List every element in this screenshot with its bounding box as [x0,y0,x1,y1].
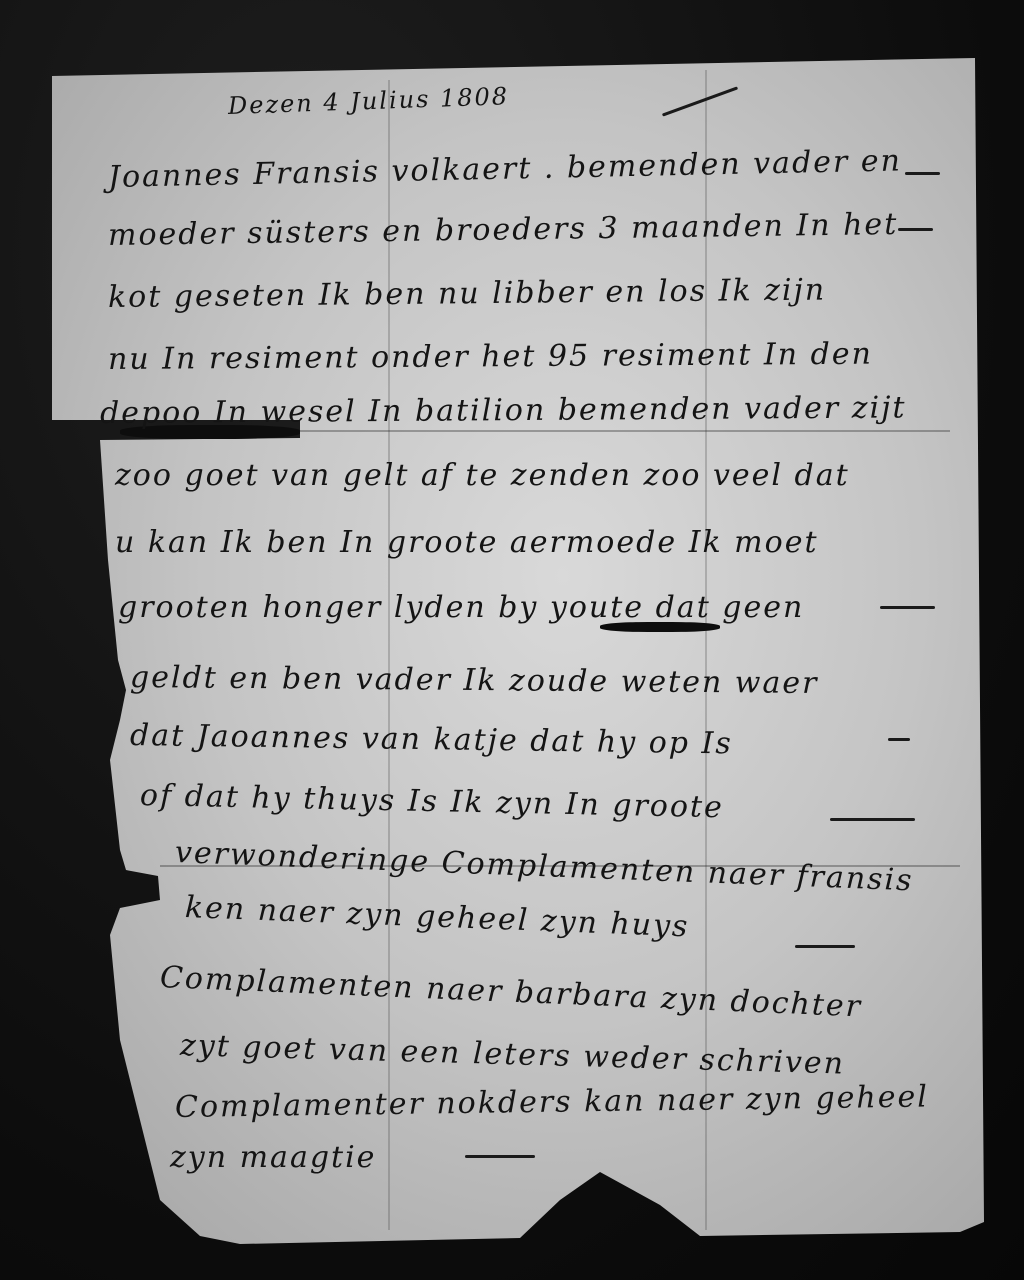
text-line: geldt en ben vader Ik zoude weten waer [130,660,819,701]
text-line: zyn maagtie [170,1140,376,1175]
line-end-dash [795,945,855,948]
line-end-dash [880,606,935,609]
text-line: moeder süsters en broeders 3 maanden In … [108,207,899,253]
text-line: dat Jaoannes van katje dat hy op Is [130,718,733,761]
text-line: Joannes Fransis volkaert . bemenden vade… [108,143,903,195]
line-end-dash [898,228,933,231]
line-end-dash [830,818,915,821]
line-end-dash [888,738,910,741]
text-line: zyt goet van een leters weder schriven [180,1028,846,1082]
date-line: Dezen 4 Julius 1808 [228,82,510,120]
line-end-dash [905,172,940,175]
text-line: Complamenten naer barbara zyn dochter [159,960,862,1024]
text-line: nu In resiment onder het 95 resiment In … [108,337,873,377]
line-end-dash [465,1155,535,1158]
text-line: grooten honger lyden by youte dat geen [118,590,804,625]
text-line: of dat hy thuys Is Ik zyn In groote [140,778,725,825]
flourish [662,86,738,116]
letter-text: Dezen 4 Julius 1808 Joannes Fransis volk… [0,0,1024,1280]
document-scan: Dezen 4 Julius 1808 Joannes Fransis volk… [0,0,1024,1280]
text-line: u kan Ik ben In groote aermoede Ik moet [115,525,819,560]
text-line: Complamenter nokders kan naer zyn geheel [175,1079,929,1125]
text-line: zoo goet van gelt af te zenden zoo veel … [115,458,850,493]
text-line: depoo In wesel In batilion bemenden vade… [100,390,907,431]
text-line: verwonderinge Complamenten naer fransis [174,835,914,898]
text-line: kot geseten Ik ben nu libber en los Ik z… [108,272,827,315]
text-line: ken naer zyn geheel zyn huys [184,890,690,944]
